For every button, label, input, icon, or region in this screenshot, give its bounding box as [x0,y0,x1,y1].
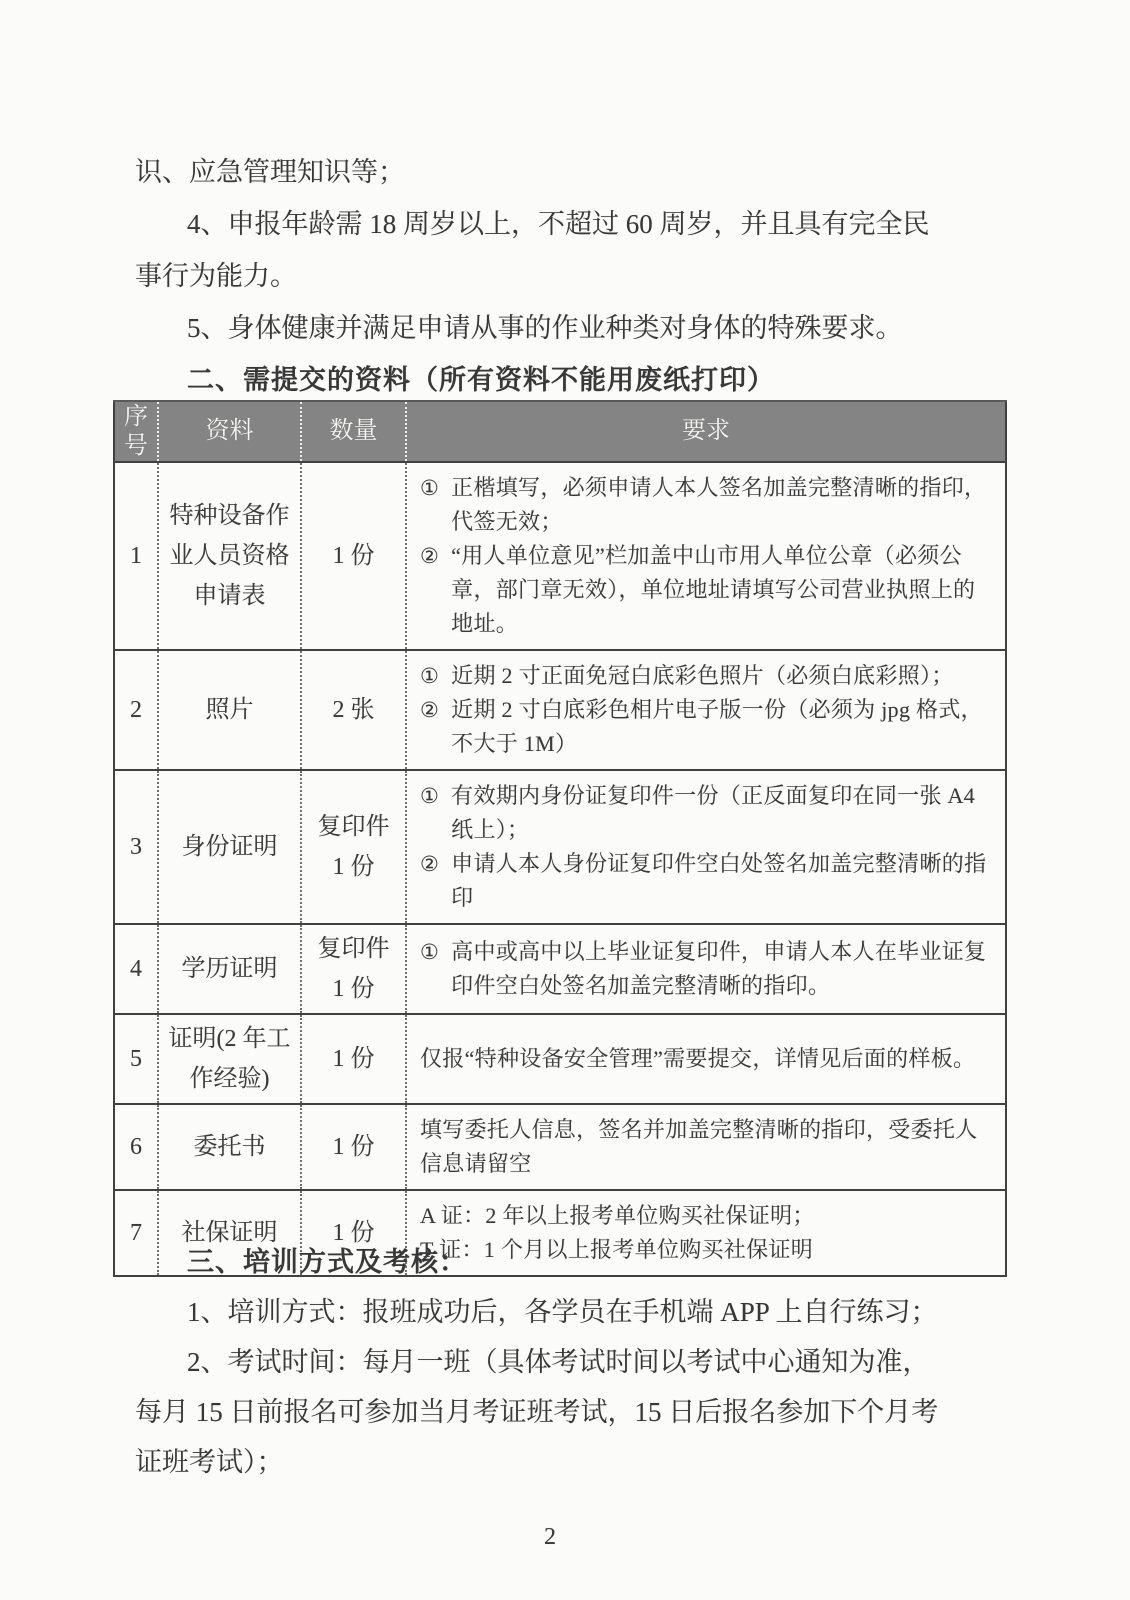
header-quantity: 数量 [301,401,406,462]
requirement-text: 有效期内身份证复印件一份（正反面复印在同一张 A4 纸上）； [451,779,997,847]
requirement-item: ② 申请人本人身份证复印件空白处签名加盖完整清晰的指印 [420,847,997,915]
requirement-text: 高中或高中以上毕业证复印件，申请人本人在毕业证复印件空白处签名加盖完整清晰的指印… [451,935,997,1003]
table-row: 6 委托书 1 份 填写委托人信息，签名并加盖完整清晰的指印，受委托人信息请留空 [114,1104,1006,1190]
circled-number-icon: ① [420,471,439,505]
material-cell: 照片 [158,650,301,770]
header-num: 序号 [114,401,158,462]
body-line: 1、培训方式：报班成功后，各学员在手机端 APP 上自行练习； [135,1287,1030,1337]
requirement-item: ② 近期 2 寸白底彩色相片电子版一份（必须为 jpg 格式，不大于 1M） [420,693,997,761]
material-cell: 学历证明 [158,924,301,1014]
requirement-cell: ① 近期 2 寸正面免冠白底彩色照片（必须白底彩照）； ② 近期 2 寸白底彩色… [406,650,1006,770]
intro-paragraphs: 识、应急管理知识等； 4、申报年龄需 18 周岁以上，不超过 60 周岁，并且具… [135,146,1030,406]
body-line: 每月 15 日前报名可参加当月考证班考试，15 日后报名参加下个月考 [135,1387,1030,1437]
requirement-text: 近期 2 寸正面免冠白底彩色照片（必须白底彩照）； [451,659,997,693]
quantity-cell: 1 份 [301,1014,406,1104]
page-number: 2 [0,1524,1100,1551]
material-cell: 身份证明 [158,770,301,924]
table-row: 2 照片 2 张 ① 近期 2 寸正面免冠白底彩色照片（必须白底彩照）； ② 近… [114,650,1006,770]
body-line: 4、申报年龄需 18 周岁以上，不超过 60 周岁，并且具有完全民 [135,198,1030,250]
requirement-item: ① 近期 2 寸正面免冠白底彩色照片（必须白底彩照）； [420,659,997,693]
section3-heading: 三、培训方式及考核： [135,1237,1030,1287]
row-num: 1 [114,462,158,650]
requirement-cell: ① 有效期内身份证复印件一份（正反面复印在同一张 A4 纸上）； ② 申请人本人… [406,770,1006,924]
circled-number-icon: ② [420,693,439,727]
table-row: 1 特种设备作业人员资格申请表 1 份 ① 正楷填写，必须申请人本人签名加盖完整… [114,462,1006,650]
requirement-item: 填写委托人信息，签名并加盖完整清晰的指印，受委托人信息请留空 [420,1113,997,1181]
requirement-cell: ① 高中或高中以上毕业证复印件，申请人本人在毕业证复印件空白处签名加盖完整清晰的… [406,924,1006,1014]
row-num: 3 [114,770,158,924]
material-cell: 委托书 [158,1104,301,1190]
header-material: 资料 [158,401,301,462]
body-line: 事行为能力。 [135,250,1030,302]
circled-number-icon: ② [420,847,439,881]
requirement-text: 近期 2 寸白底彩色相片电子版一份（必须为 jpg 格式，不大于 1M） [451,693,997,761]
circled-number-icon: ② [420,539,439,573]
requirement-cell: 填写委托人信息，签名并加盖完整清晰的指印，受委托人信息请留空 [406,1104,1006,1190]
circled-number-icon: ① [420,935,439,969]
circled-number-icon: ① [420,659,439,693]
requirement-item: ① 正楷填写，必须申请人本人签名加盖完整清晰的指印，代签无效； [420,471,997,539]
requirement-text: 申请人本人身份证复印件空白处签名加盖完整清晰的指印 [451,847,997,915]
circled-number-icon: ① [420,779,439,813]
row-num: 2 [114,650,158,770]
requirement-item: ② “用人单位意见”栏加盖中山市用人单位公章（必须公章，部门章无效），单位地址请… [420,539,997,641]
row-num: 4 [114,924,158,1014]
table-header-row: 序号 资料 数量 要求 [114,401,1006,462]
requirement-item: 仅报“特种设备安全管理”需要提交，详情见后面的样板。 [420,1042,997,1076]
quantity-cell: 复印件 1 份 [301,924,406,1014]
requirement-text: 仅报“特种设备安全管理”需要提交，详情见后面的样板。 [420,1042,997,1076]
requirement-text: 正楷填写，必须申请人本人签名加盖完整清晰的指印，代签无效； [451,471,997,539]
requirement-cell: 仅报“特种设备安全管理”需要提交，详情见后面的样板。 [406,1014,1006,1104]
requirement-item: ① 有效期内身份证复印件一份（正反面复印在同一张 A4 纸上）； [420,779,997,847]
training-section: 三、培训方式及考核： 1、培训方式：报班成功后，各学员在手机端 APP 上自行练… [135,1237,1030,1487]
table-row: 5 证明(2 年工作经验) 1 份 仅报“特种设备安全管理”需要提交，详情见后面… [114,1014,1006,1104]
materials-table: 序号 资料 数量 要求 1 特种设备作业人员资格申请表 1 份 ① 正楷填写，必… [113,400,1007,1277]
requirement-text: “用人单位意见”栏加盖中山市用人单位公章（必须公章，部门章无效），单位地址请填写… [451,539,997,641]
row-num: 6 [114,1104,158,1190]
quantity-cell: 1 份 [301,1104,406,1190]
row-num: 5 [114,1014,158,1104]
table-row: 3 身份证明 复印件 1 份 ① 有效期内身份证复印件一份（正反面复印在同一张 … [114,770,1006,924]
quantity-cell: 2 张 [301,650,406,770]
material-cell: 特种设备作业人员资格申请表 [158,462,301,650]
section2-heading: 二、需提交的资料（所有资料不能用废纸打印） [135,354,1030,406]
material-cell: 证明(2 年工作经验) [158,1014,301,1104]
requirement-text: 填写委托人信息，签名并加盖完整清晰的指印，受委托人信息请留空 [420,1113,997,1181]
body-line: 2、考试时间：每月一班（具体考试时间以考试中心通知为准， [135,1337,1030,1387]
quantity-cell: 1 份 [301,462,406,650]
requirement-item: A 证：2 年以上报考单位购买社保证明； [420,1199,997,1233]
requirement-cell: ① 正楷填写，必须申请人本人签名加盖完整清晰的指印，代签无效； ② “用人单位意… [406,462,1006,650]
requirement-text: A 证：2 年以上报考单位购买社保证明； [420,1199,997,1233]
quantity-cell: 复印件 1 份 [301,770,406,924]
scanned-document-page: 识、应急管理知识等； 4、申报年龄需 18 周岁以上，不超过 60 周岁，并且具… [0,0,1130,1600]
requirement-item: ① 高中或高中以上毕业证复印件，申请人本人在毕业证复印件空白处签名加盖完整清晰的… [420,935,997,1003]
table-row: 4 学历证明 复印件 1 份 ① 高中或高中以上毕业证复印件，申请人本人在毕业证… [114,924,1006,1014]
body-line: 识、应急管理知识等； [135,146,1030,198]
body-line: 证班考试）； [135,1437,1030,1487]
header-requirement: 要求 [406,401,1006,462]
body-line: 5、身体健康并满足申请从事的作业种类对身体的特殊要求。 [135,302,1030,354]
